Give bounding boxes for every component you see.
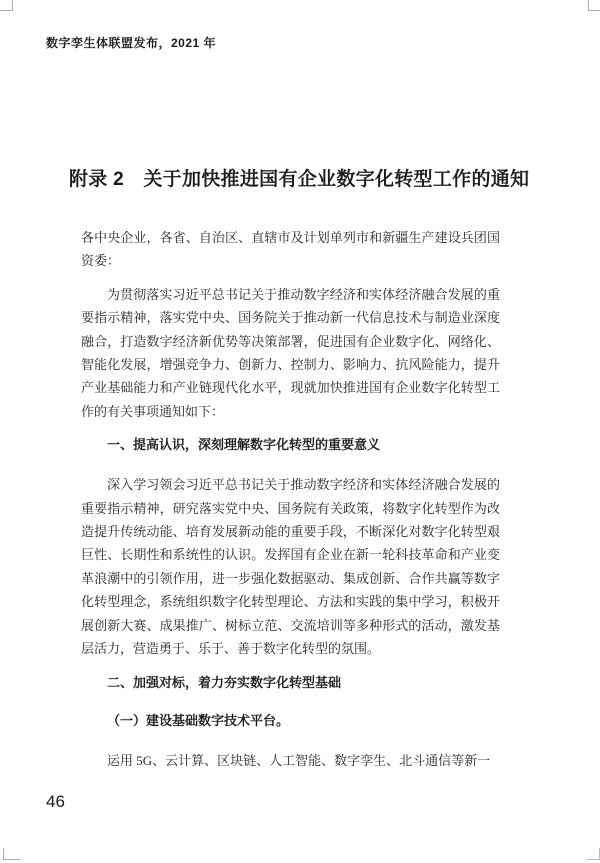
corner-mark-bottom-left [3,848,20,860]
paragraph-section-2-1: 运用 5G、云计算、区块链、人工智能、数字孪生、北斗通信等新一 [81,749,500,772]
section-heading-1: 一、提高认识，深刻理解数字化转型的重要意义 [81,435,500,455]
section-heading-2: 二、加强对标，着力夯实数字化转型基础 [81,673,500,693]
corner-mark-bottom-right [587,848,600,860]
paragraph-preamble: 为贯彻落实习近平总书记关于推动数字经济和实体经济融合发展的重要指示精神，落实党中… [81,283,500,423]
sub-section-heading-2-1: （一）建设基础数字技术平台。 [81,711,500,731]
corner-mark-top-right [588,0,600,11]
addressee-paragraph: 各中央企业，各省、自治区、直辖市及计划单列市和新疆生产建设兵团国资委： [81,226,500,273]
document-body: 附录 2 关于加快推进国有企业数字化转型工作的通知 各中央企业，各省、自治区、直… [81,166,500,782]
paragraph-section-1: 深入学习领会习近平总书记关于推动数字经济和实体经济融合发展的重要指示精神，研究落… [81,473,500,660]
document-title: 附录 2 关于加快推进国有企业数字化转型工作的通知 [69,166,512,194]
document-page: 数字孪生体联盟发布，2021 年 附录 2 关于加快推进国有企业数字化转型工作的… [0,0,600,863]
corner-mark-top-left [0,0,13,11]
running-header: 数字孪生体联盟发布，2021 年 [46,36,216,50]
page-number: 46 [46,792,65,812]
